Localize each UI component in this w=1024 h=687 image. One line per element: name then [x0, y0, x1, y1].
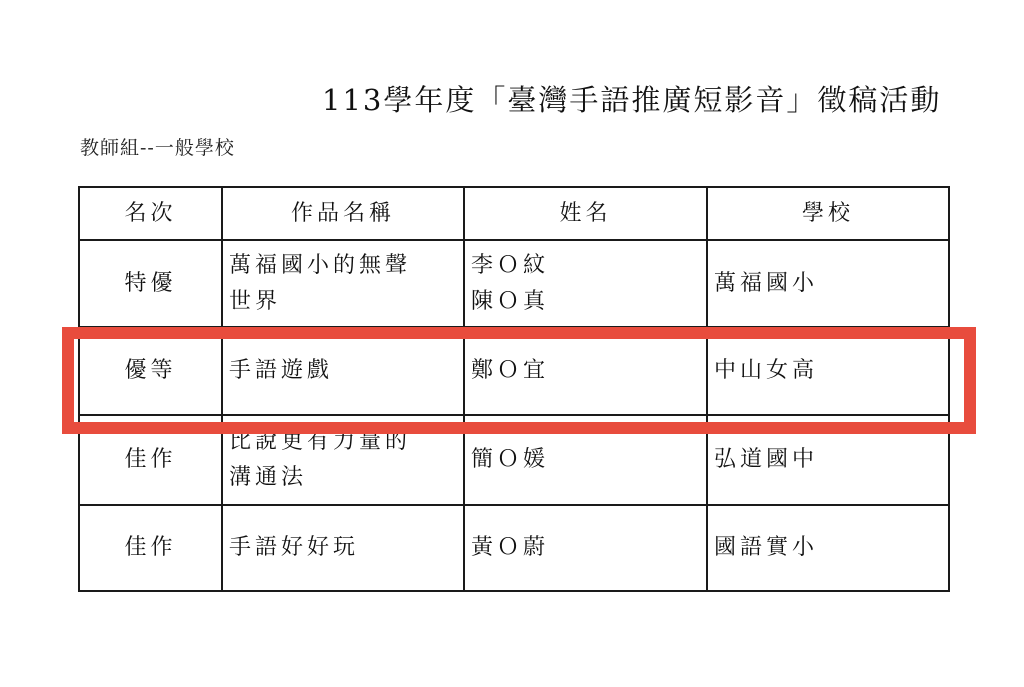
name-line: 黃Ｏ蔚: [471, 530, 700, 566]
work-title-line: 手語好好玩: [229, 530, 457, 566]
name-line: 李Ｏ紋: [471, 248, 700, 284]
name-line: 鄭Ｏ宜: [471, 353, 700, 389]
rank-cell: 佳作: [79, 415, 222, 505]
name-cell: 鄭Ｏ宜: [464, 327, 707, 415]
table-header-row: 名次 作品名稱 姓名 學校: [79, 187, 949, 240]
work-title-line: 萬福國小的無聲: [229, 248, 457, 284]
school-cell: 中山女高: [707, 327, 949, 415]
name-cell: 黃Ｏ蔚: [464, 505, 707, 591]
header-work-title: 作品名稱: [222, 187, 464, 240]
table-row-highlighted: 優等 手語遊戲 鄭Ｏ宜 中山女高: [79, 327, 949, 415]
work-title-line: 世界: [229, 284, 457, 320]
work-title-line: 溝通法: [229, 460, 457, 496]
name-cell: 簡Ｏ媛: [464, 415, 707, 505]
name-cell: 李Ｏ紋 陳Ｏ真: [464, 240, 707, 327]
header-school: 學校: [707, 187, 949, 240]
name-line: 簡Ｏ媛: [471, 442, 700, 478]
results-table: 名次 作品名稱 姓名 學校 特優 萬福國小的無聲 世界 李Ｏ紋 陳Ｏ真 萬福國小…: [78, 186, 950, 592]
school-cell: 弘道國中: [707, 415, 949, 505]
header-name: 姓名: [464, 187, 707, 240]
work-title-cell: 比說更有力量的 溝通法: [222, 415, 464, 505]
work-title-line: 比說更有力量的: [229, 424, 457, 460]
work-title-cell: 萬福國小的無聲 世界: [222, 240, 464, 327]
work-title-cell: 手語遊戲: [222, 327, 464, 415]
rank-cell: 特優: [79, 240, 222, 327]
work-title-line: 手語遊戲: [229, 353, 457, 389]
work-title-cell: 手語好好玩: [222, 505, 464, 591]
school-cell: 國語實小: [707, 505, 949, 591]
table-row: 佳作 手語好好玩 黃Ｏ蔚 國語實小: [79, 505, 949, 591]
name-line: 陳Ｏ真: [471, 284, 700, 320]
table-row: 佳作 比說更有力量的 溝通法 簡Ｏ媛 弘道國中: [79, 415, 949, 505]
rank-cell: 佳作: [79, 505, 222, 591]
category-label: 教師組--一般學校: [80, 133, 235, 160]
school-cell: 萬福國小: [707, 240, 949, 327]
document-title: 113學年度「臺灣手語推廣短影音」徵稿活動: [322, 78, 941, 119]
table-row: 特優 萬福國小的無聲 世界 李Ｏ紋 陳Ｏ真 萬福國小: [79, 240, 949, 327]
header-rank: 名次: [79, 187, 222, 240]
rank-cell: 優等: [79, 327, 222, 415]
